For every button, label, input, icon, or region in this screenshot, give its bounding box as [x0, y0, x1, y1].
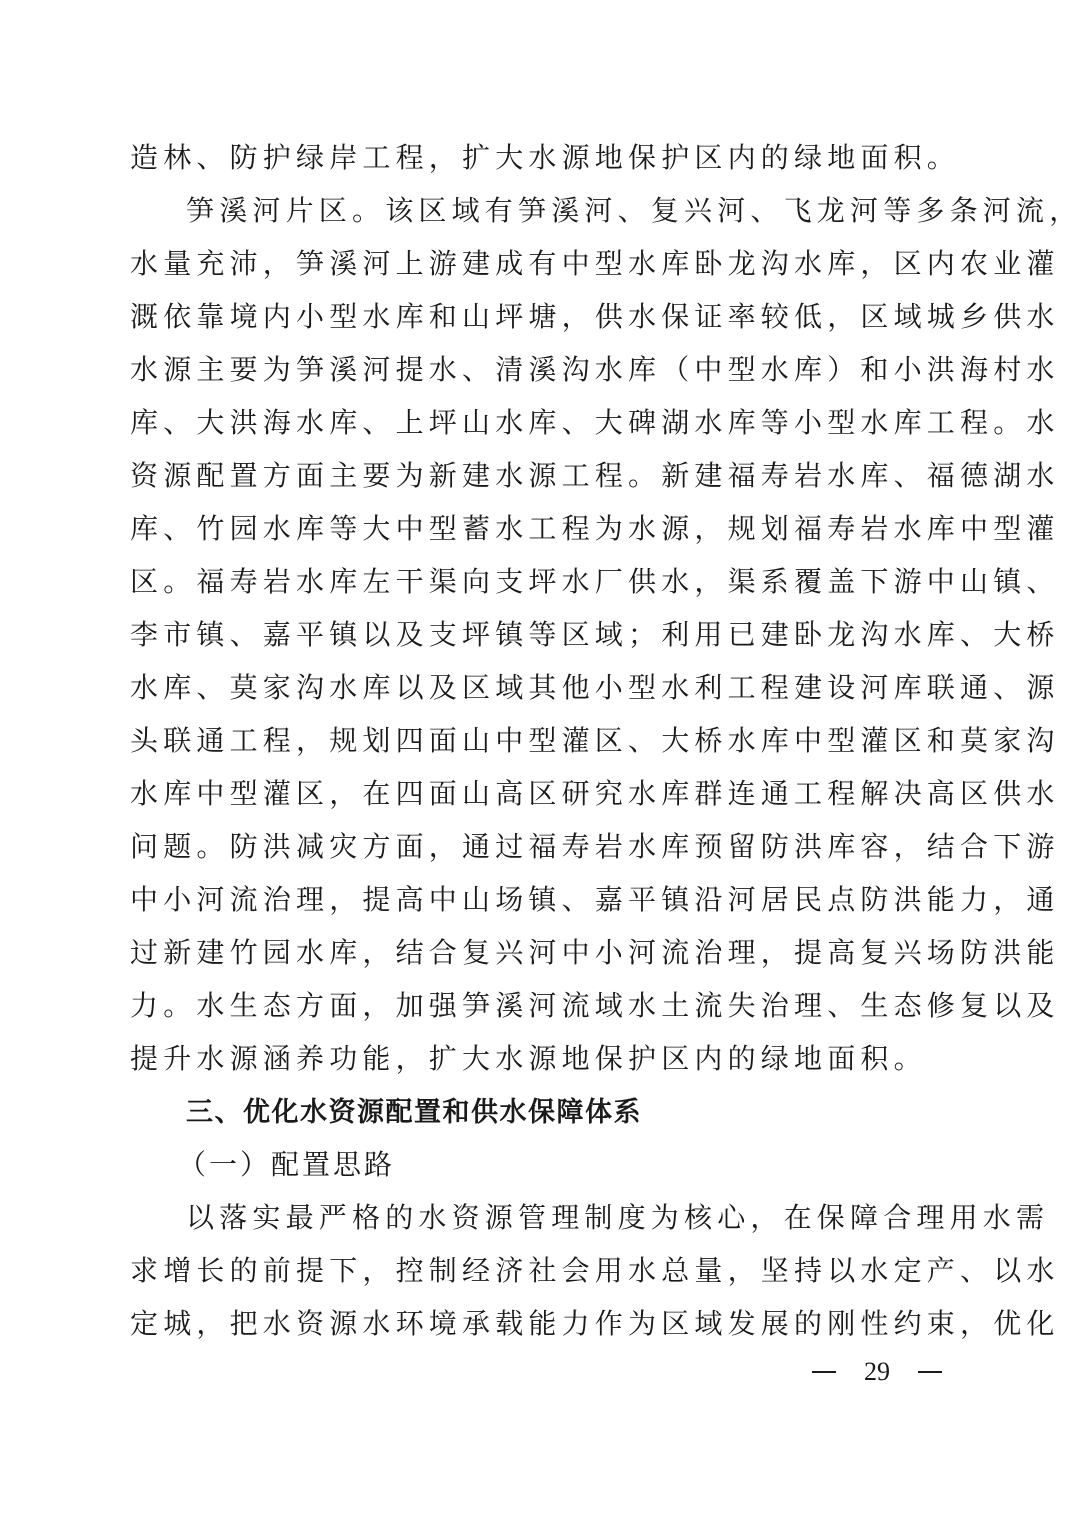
paragraph-start-line: 笋溪河片区。该区域有笋溪河、复兴河、飞龙河等多条河流，	[186, 191, 950, 231]
text-line: 资源配置方面主要为新建水源工程。新建福寿岩水库、福德湖水	[130, 456, 950, 496]
text-line: 库、大洪海水库、上坪山水库、大碑湖水库等小型水库工程。水	[130, 403, 950, 443]
footer-dash-left	[812, 1371, 836, 1373]
text-line: 库、竹园水库等大中型蓄水工程为水源，规划福寿岩水库中型灌	[130, 509, 950, 549]
text-line: 中小河流治理，提高中山场镇、嘉平镇沿河居民点防洪能力，通	[130, 880, 950, 920]
page-footer: 29	[812, 1352, 942, 1392]
footer-dash-right	[918, 1371, 942, 1373]
text-line: 力。水生态方面，加强笋溪河流域水土流失治理、生态修复以及	[130, 986, 950, 1026]
text-line: 造林、防护绿岸工程，扩大水源地保护区内的绿地面积。	[130, 138, 950, 178]
text-line: 溉依靠境内小型水库和山坪塘，供水保证率较低，区域城乡供水	[130, 297, 950, 337]
text-line: 李市镇、嘉平镇以及支坪镇等区域；利用已建卧龙沟水库、大桥	[130, 615, 950, 655]
subsection-heading: （一）配置思路	[178, 1145, 998, 1185]
text-line: 水量充沛，笋溪河上游建成有中型水库卧龙沟水库，区内农业灌	[130, 244, 950, 284]
text-line: 水库、莫家沟水库以及区域其他小型水利工程建设河库联通、源	[130, 668, 950, 708]
text-line: 水库中型灌区，在四面山高区研究水库群连通工程解决高区供水	[130, 774, 950, 814]
paragraph-start-line: 以落实最严格的水资源管理制度为核心，在保障合理用水需	[186, 1198, 950, 1238]
text-line: 水源主要为笋溪河提水、清溪沟水库（中型水库）和小洪海村水	[130, 350, 950, 390]
text-line: 提升水源涵养功能，扩大水源地保护区内的绿地面积。	[130, 1039, 950, 1079]
text-line: 定城，把水资源水环境承载能力作为区域发展的刚性约束，优化	[130, 1304, 950, 1344]
document-page: 造林、防护绿岸工程，扩大水源地保护区内的绿地面积。 笋溪河片区。该区域有笋溪河、…	[0, 0, 1074, 1520]
text-line: 区。福寿岩水库左干渠向支坪水厂供水，渠系覆盖下游中山镇、	[130, 562, 950, 602]
section-heading: 三、优化水资源配置和供水保障体系	[186, 1093, 1006, 1133]
page-number: 29	[864, 1352, 890, 1392]
text-line: 问题。防洪减灾方面，通过福寿岩水库预留防洪库容，结合下游	[130, 827, 950, 867]
text-line: 头联通工程，规划四面山中型灌区、大桥水库中型灌区和莫家沟	[130, 721, 950, 761]
text-line: 求增长的前提下，控制经济社会用水总量，坚持以水定产、以水	[130, 1251, 950, 1291]
text-line: 过新建竹园水库，结合复兴河中小河流治理，提高复兴场防洪能	[130, 933, 950, 973]
